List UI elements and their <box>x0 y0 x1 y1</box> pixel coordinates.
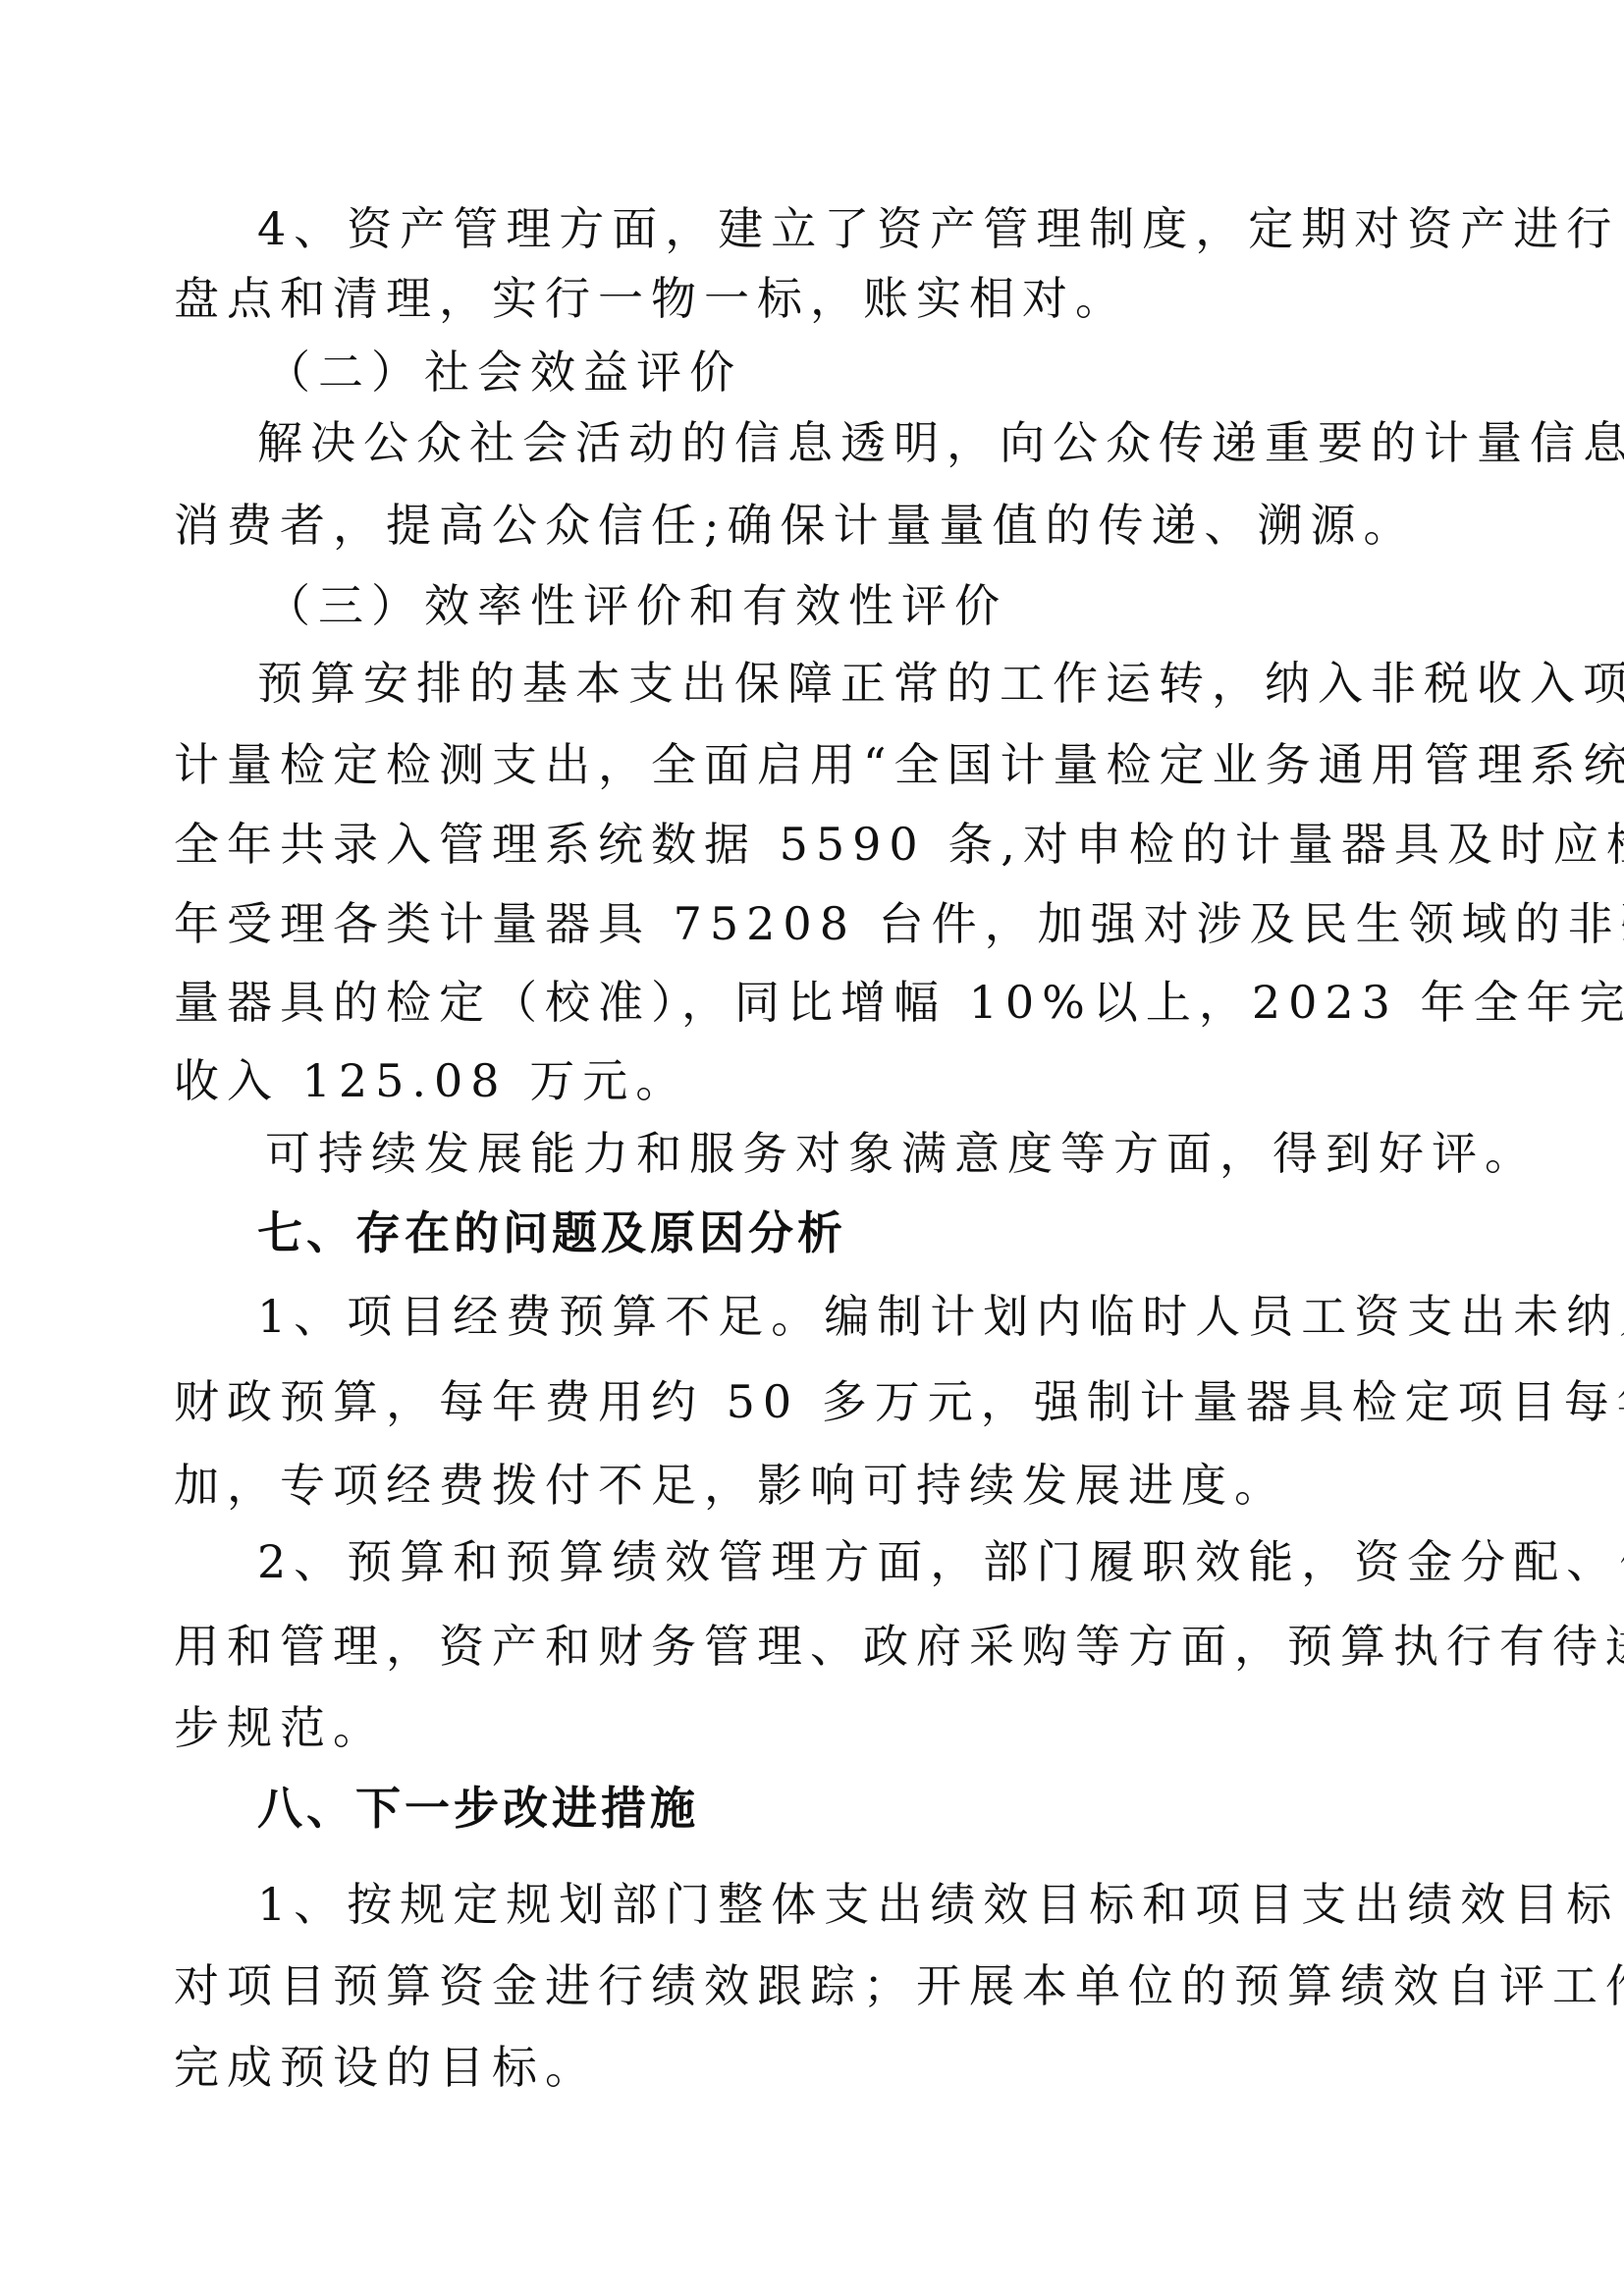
paragraph-asset-management: 4、资产管理方面，建立了资产管理制度，定期对资产进行了 <box>257 199 1624 258</box>
paragraph-efficiency-cont-5: 收入 125.08 万元。 <box>174 1051 688 1110</box>
paragraph-improvement-1: 1、按规定规划部门整体支出绩效目标和项目支出绩效目标； <box>257 1875 1624 1934</box>
paragraph-problem-1-cont-1: 财政预算，每年费用约 50 多万元，强制计量器具检定项目每年增 <box>174 1372 1624 1431</box>
section-heading-improvements: 八、下一步改进措施 <box>257 1779 699 1838</box>
paragraph-problem-1: 1、项目经费预算不足。编制计划内临时人员工资支出未纳入 <box>257 1287 1624 1346</box>
paragraph-improvement-1-cont-2: 完成预设的目标。 <box>174 2038 598 2097</box>
paragraph-efficiency-cont-1: 计量检定检测支出，全面启用“全国计量检定业务通用管理系统”， <box>174 735 1624 794</box>
paragraph-efficiency-cont-3: 年受理各类计量器具 75208 台件，加强对涉及民生领域的非强检计 <box>174 894 1624 953</box>
paragraph-efficiency-cont-4: 量器具的检定（校准），同比增幅 10%以上，2023 年全年完成非税 <box>174 973 1624 1032</box>
paragraph-problem-2-cont-2: 步规范。 <box>174 1698 386 1757</box>
paragraph-social-benefit-cont: 消费者，提高公众信任;确保计量量值的传递、溯源。 <box>174 496 1417 555</box>
document-page: 4、资产管理方面，建立了资产管理制度，定期对资产进行了 盘点和清理，实行一物一标… <box>0 0 1624 2296</box>
paragraph-social-benefit: 解决公众社会活动的信息透明，向公众传递重要的计量信息，保护 <box>257 413 1624 472</box>
subheading-efficiency-evaluation: （三）效率性评价和有效性评价 <box>265 576 1007 635</box>
paragraph-efficiency-cont-2: 全年共录入管理系统数据 5590 条,对申检的计量器具及时应检。全 <box>174 815 1624 874</box>
paragraph-problem-2: 2、预算和预算绩效管理方面，部门履职效能，资金分配、使 <box>257 1532 1624 1591</box>
paragraph-problem-1-cont-2: 加，专项经费拨付不足，影响可持续发展进度。 <box>174 1456 1287 1515</box>
section-heading-problems: 七、存在的问题及原因分析 <box>257 1203 846 1262</box>
paragraph-sustainability: 可持续发展能力和服务对象满意度等方面，得到好评。 <box>265 1124 1538 1183</box>
paragraph-efficiency: 预算安排的基本支出保障正常的工作运转，纳入非税收入项目用于 <box>257 654 1624 713</box>
paragraph-improvement-1-cont-1: 对项目预算资金进行绩效跟踪；开展本单位的预算绩效自评工作。 <box>174 1956 1624 2015</box>
subheading-social-benefit: （二）社会效益评价 <box>265 343 742 401</box>
paragraph-asset-management-cont: 盘点和清理，实行一物一标，账实相对。 <box>174 269 1128 328</box>
paragraph-problem-2-cont-1: 用和管理，资产和财务管理、政府采购等方面，预算执行有待进一 <box>174 1617 1624 1676</box>
